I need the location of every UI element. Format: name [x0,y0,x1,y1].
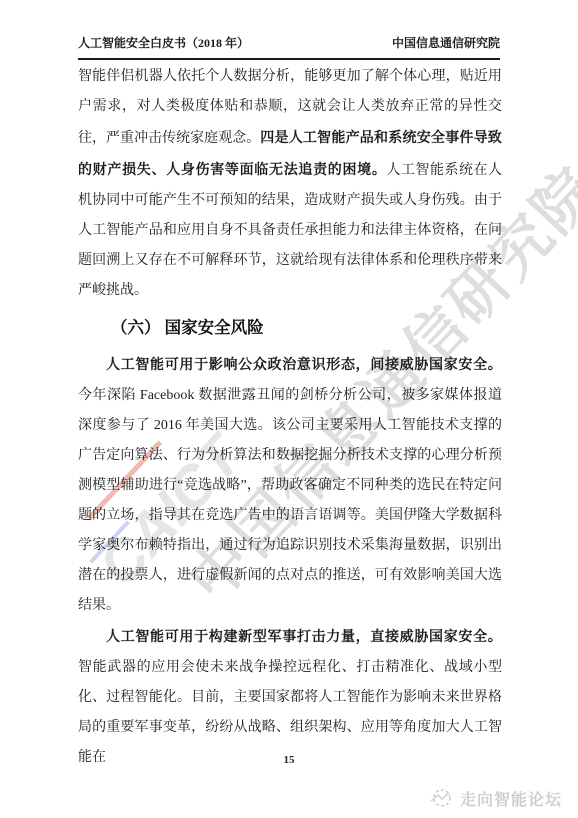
page-header: 人工智能安全白皮书（2018 年） 中国信息通信研究院 [78,34,500,60]
paragraph-segment-bold: 人工智能可用于构建新型军事打击力量，直接威胁国家安全。 [106,628,502,644]
document-page: CAICT 中国信息通信研究院 人工智能安全白皮书（2018 年） 中国信息通信… [0,0,578,818]
paragraph-segment-bold: 人工智能可用于影响公众政治意识形态，间接威胁国家安全。 [106,356,502,372]
brand-label: 走向智能论坛 [460,787,562,810]
body-paragraph-1: 智能伴侣机器人依托个人数据分析，能够更加了解个体心理，贴近用户需求，对人类极度体… [78,62,502,306]
header-organization: 中国信息通信研究院 [392,34,500,51]
brand-mark: 走向智能论坛 [429,786,562,810]
section-heading: （六） 国家安全风险 [78,313,502,343]
body-paragraph-2: 人工智能可用于影响公众政治意识形态，间接威胁国家安全。今年深陷 Facebook… [78,349,502,621]
paragraph-segment: 人工智能系统在人机协同中可能产生不可预知的结果，造成财产损失或人身伤残。由于人工… [78,163,502,298]
page-body: 智能伴侣机器人依托个人数据分析，能够更加了解个体心理，贴近用户需求，对人类极度体… [78,62,502,773]
paragraph-segment: 今年深陷 Facebook 数据泄露丑闻的剑桥分析公司，被多家媒体报道深度参与了… [78,388,502,613]
brand-bird-icon [429,786,453,810]
header-document-title: 人工智能安全白皮书（2018 年） [78,34,249,51]
paragraph-segment: 智能武器的应用会使未来战争操控远程化、打击精准化、战域小型化、过程智能化。目前，… [78,660,502,765]
body-paragraph-3: 人工智能可用于构建新型军事打击力量，直接威胁国家安全。智能武器的应用会使未来战争… [78,621,502,773]
page-number: 15 [0,754,578,766]
